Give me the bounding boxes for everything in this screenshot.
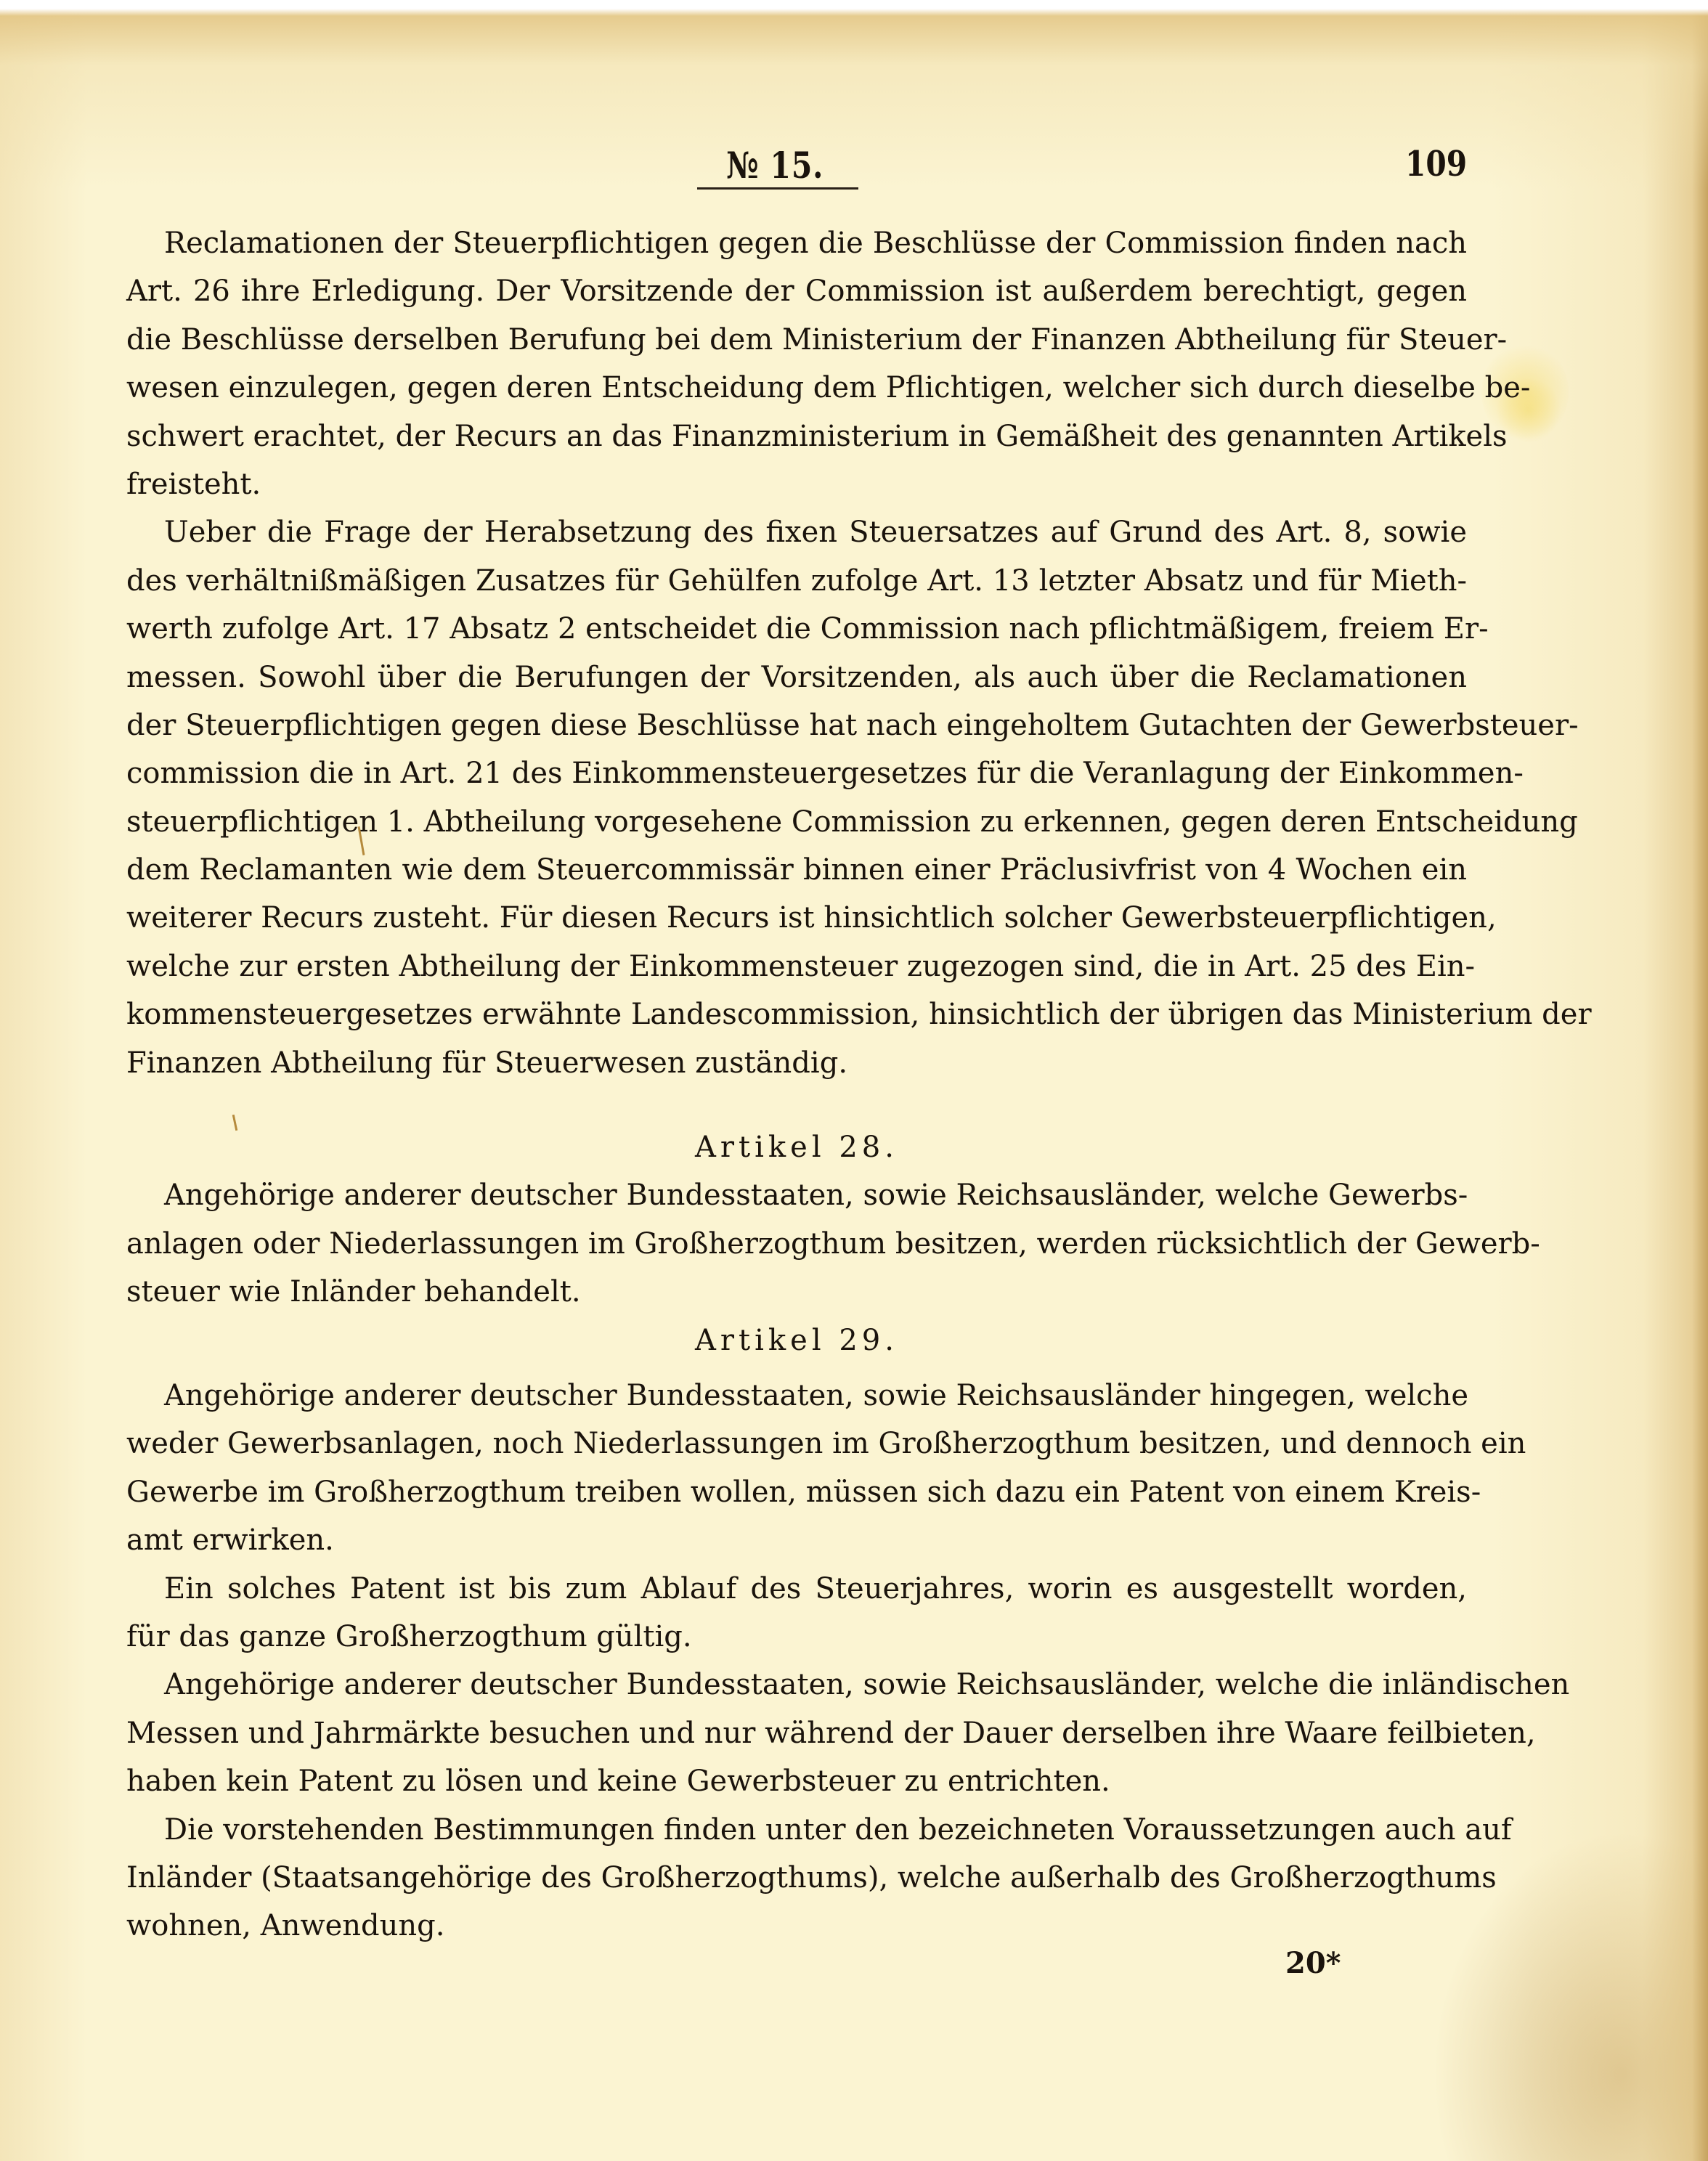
text-line: anlagen oder Niederlassungen im Großherz… (126, 1220, 1467, 1268)
page-header: № 15. 109 (0, 144, 1708, 202)
signature-mark: 20* (1285, 1946, 1341, 1980)
issue-underline (697, 187, 858, 190)
text-line: Finanzen Abtheilung für Steuerwesen zust… (126, 1039, 1467, 1087)
article-29: Artikel 29. Angehörige anderer deutscher… (126, 1316, 1467, 1950)
text-line: wohnen, Anwendung. (126, 1902, 1467, 1950)
text-line: Angehörige anderer deutscher Bundesstaat… (126, 1171, 1467, 1219)
text-line: steuer wie Inländer behandelt. (126, 1268, 1467, 1316)
text-line: Gewerbe im Großherzogthum treiben wollen… (126, 1468, 1467, 1516)
text-line: wesen einzulegen, gegen deren Entscheidu… (126, 364, 1467, 412)
text-line: freisteht. (126, 460, 1467, 508)
spacer (126, 1087, 1467, 1123)
text-line: kommensteuergesetzes erwähnte Landescomm… (126, 990, 1467, 1038)
spacer (126, 1364, 1467, 1372)
text-line: amt erwirken. (126, 1516, 1467, 1564)
text-line: Reclamationen der Steuerpflichtigen gege… (126, 219, 1467, 267)
text-line: Ein solches Patent ist bis zum Ablauf de… (126, 1565, 1467, 1613)
text-line: Messen und Jahrmärkte besuchen und nur w… (126, 1709, 1467, 1757)
text-line: haben kein Patent zu lösen und keine Gew… (126, 1757, 1467, 1805)
scanned-page: № 15. 109 Reclamationen der Steuerpflich… (0, 0, 1708, 2161)
document-body: Reclamationen der Steuerpflichtigen gege… (126, 219, 1467, 1950)
text-line: Angehörige anderer deutscher Bundesstaat… (126, 1661, 1467, 1709)
text-line: weiterer Recurs zusteht. Für diesen Recu… (126, 894, 1467, 942)
text-line: welche zur ersten Abtheilung der Einkomm… (126, 943, 1467, 990)
text-line: dem Reclamanten wie dem Steuercommissär … (126, 846, 1467, 894)
article-heading: Artikel 29. (126, 1316, 1467, 1364)
issue-number: № 15. (726, 144, 823, 187)
text-line: werth zufolge Art. 17 Absatz 2 entscheid… (126, 605, 1467, 653)
text-line: steuerpflichtigen 1. Abtheilung vorgeseh… (126, 798, 1467, 846)
text-line: commission die in Art. 21 des Einkommens… (126, 749, 1467, 797)
text-line: für das ganze Großherzogthum gültig. (126, 1613, 1467, 1661)
text-line: schwert erachtet, der Recurs an das Fina… (126, 412, 1467, 460)
article-heading: Artikel 28. (126, 1123, 1467, 1171)
article-28: Artikel 28. Angehörige anderer deutscher… (126, 1123, 1467, 1316)
text-line: Angehörige anderer deutscher Bundesstaat… (126, 1372, 1467, 1420)
text-line: messen. Sowohl über die Berufungen der V… (126, 654, 1467, 701)
text-line: Die vorstehenden Bestimmungen finden unt… (126, 1806, 1467, 1854)
text-line: die Beschlüsse derselben Berufung bei de… (126, 316, 1467, 364)
text-line: Art. 26 ihre Erledigung. Der Vorsitzende… (126, 267, 1467, 315)
text-line: weder Gewerbsanlagen, noch Niederlassung… (126, 1420, 1467, 1468)
text-line: Inländer (Staatsangehörige des Großherzo… (126, 1854, 1467, 1902)
page-number: 109 (1405, 144, 1467, 184)
paragraph: Ueber die Frage der Herabsetzung des fix… (126, 508, 1467, 1087)
text-line: Ueber die Frage der Herabsetzung des fix… (126, 508, 1467, 556)
text-line: des verhältnißmäßigen Zusatzes für Gehül… (126, 557, 1467, 605)
text-line: der Steuerpflichtigen gegen diese Beschl… (126, 701, 1467, 749)
paragraph: Reclamationen der Steuerpflichtigen gege… (126, 219, 1467, 508)
